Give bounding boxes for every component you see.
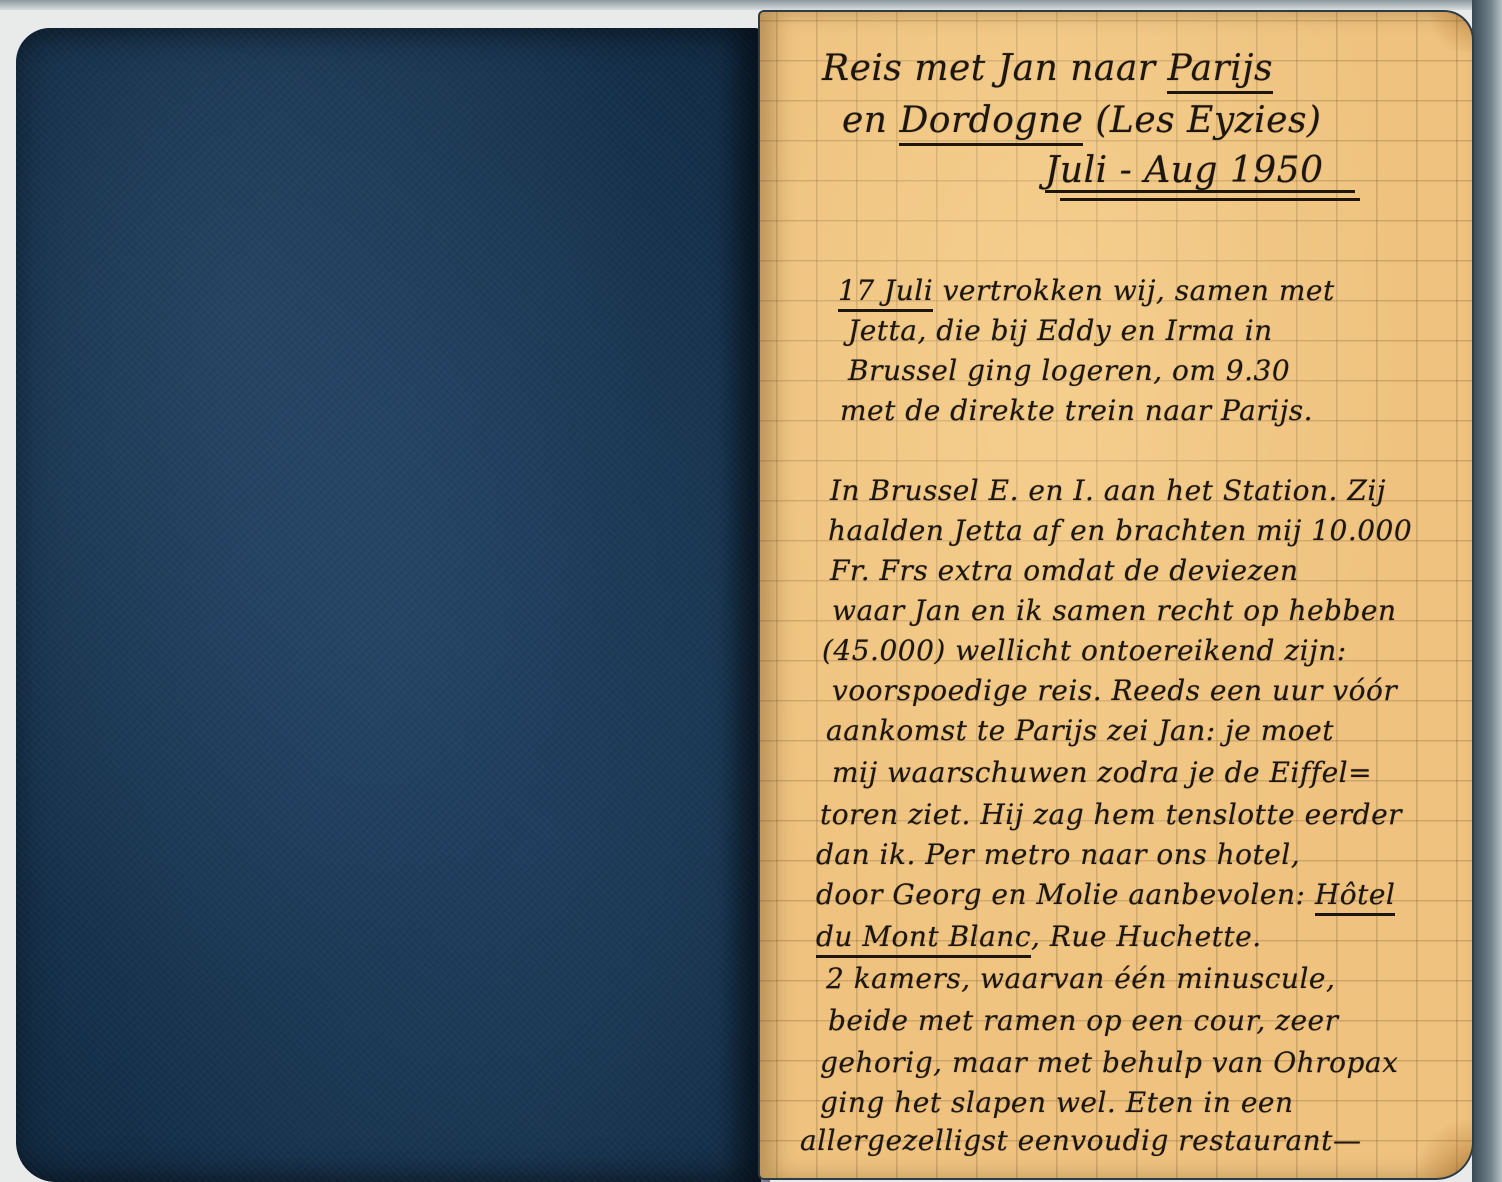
page-corner-wear-top [1422,12,1472,52]
entry2-line-5: (45.000) wellicht ontoereikend zijn: [822,634,1347,667]
hotel-name-2: du Mont Blanc [816,920,1031,958]
hotel-name: Hôtel [1315,878,1396,916]
entry-date: 17 Juli [838,274,933,312]
entry2-line-17: allergezelligst eenvoudig restaurant— [800,1124,1361,1157]
entry2-line-4: waar Jan en ik samen recht op hebben [832,594,1397,627]
title-text: en [842,100,899,141]
entry2-line-2: haalden Jetta af en brachten mij 10.000 [828,514,1412,547]
entry1-line-4: met de direkte trein naar Parijs. [840,394,1313,427]
entry2-line-11: door Georg en Molie aanbevolen: Hôtel [816,878,1395,911]
entry2-line-9: toren ziet. Hij zag hem tenslotte eerder [820,798,1402,831]
street-name: , Rue Huchette. [1031,920,1262,953]
entry1-line-1: 17 Juli vertrokken wij, samen met [838,274,1335,307]
title-text: Reis met Jan naar [822,48,1167,89]
title-dordogne: Dordogne [899,100,1083,146]
title-underline [1045,190,1355,193]
title-line-1: Reis met Jan naar Parijs [822,48,1273,89]
entry2-line-8: mij waarschuwen zodra je de Eiffel= [832,756,1372,789]
entry2-line-14: beide met ramen op een cour, zeer [828,1004,1338,1037]
entry1-line-3: Brussel ging logeren, om 9.30 [848,354,1290,387]
entry2-line-15: gehorig, maar met behulp van Ohropax [820,1046,1398,1079]
entry2-line-16: ging het slapen wel. Eten in een [820,1086,1294,1119]
entry2-line-10: dan ik. Per metro naar ons hotel, [816,838,1300,871]
photo-background-top [0,0,1502,10]
title-paris: Parijs [1167,48,1272,94]
entry2-line-3: Fr. Frs extra omdat de deviezen [830,554,1298,587]
title-line-2: en Dordogne (Les Eyzies) [842,100,1321,141]
entry1-line-2: Jetta, die bij Eddy en Irma in [848,314,1273,347]
entry-text: door Georg en Molie aanbevolen: [816,878,1315,911]
entry2-line-12: du Mont Blanc, Rue Huchette. [816,920,1262,953]
title-line-3: Juli - Aug 1950 [1045,150,1323,191]
photo-background-right [1472,0,1502,1182]
page-corner-wear-bottom [1412,1118,1472,1178]
entry2-line-1: In Brussel E. en I. aan het Station. Zij [830,474,1386,507]
title-les-eyzies: (Les Eyzies) [1083,100,1321,141]
entry2-line-13: 2 kamers, waarvan één minuscule, [826,962,1335,995]
title-underline-2 [1060,198,1360,201]
entry-text: vertrokken wij, samen met [933,274,1335,307]
notebook-cover [16,28,761,1182]
entry2-line-6: voorspoedige reis. Reeds een uur vóór [832,674,1397,707]
entry2-line-7: aankomst te Parijs zei Jan: je moet [826,714,1334,747]
notebook-page: Reis met Jan naar Parijs en Dordogne (Le… [760,12,1472,1178]
